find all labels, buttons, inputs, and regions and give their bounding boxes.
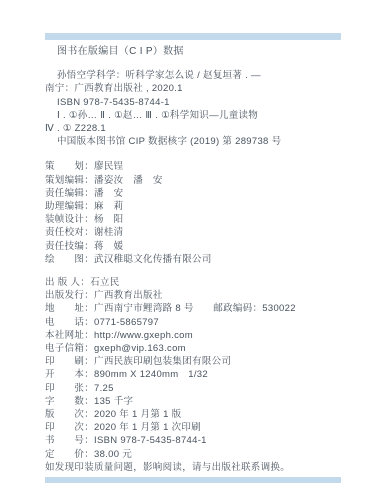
staff-label: 策 划：: [45, 160, 94, 173]
publication-value: 石立民: [90, 277, 119, 288]
publication-row: 电 话：0771-5865797: [45, 316, 355, 329]
cip-title: 图书在版编目（C I P）数据: [45, 45, 355, 58]
publication-label: 电 话：: [45, 316, 94, 329]
publication-row: 地 址：广西南宁市鲤湾路 8 号 邮政编码：530022: [45, 302, 355, 315]
cip-data-block: 孙悟空学科学：听科学家怎么说 / 赵复垣著 . — 南宁：广西教育出版社 , 2…: [45, 69, 355, 148]
publication-row: 电子信箱：gxeph@vip.163.com: [45, 342, 355, 355]
publication-row: 印 张：7.25: [45, 382, 355, 395]
cip-line: 孙悟空学科学：听科学家怎么说 / 赵复垣著 . —: [45, 69, 355, 82]
staff-value: 麻 莉: [94, 201, 123, 212]
bottom-accent-bar: [45, 477, 341, 483]
staff-value: 蒋 媛: [94, 241, 123, 252]
publication-row: 出 版 人：石立民: [45, 276, 355, 289]
publication-value: 135 千字: [94, 396, 133, 407]
publication-row: 书 号：ISBN 978-7-5435-8744-1: [45, 434, 355, 447]
staff-row: 责任编辑：潘 安: [45, 187, 355, 200]
publication-info-block: 出 版 人：石立民 出版发行：广西教育出版社 地 址：广西南宁市鲤湾路 8 号 …: [45, 276, 355, 461]
publication-row: 版 次：2020 年 1 月第 1 版: [45, 408, 355, 421]
staff-label: 策划编辑：: [45, 174, 94, 187]
cip-line: 中国版本图书馆 CIP 数据核字 (2019) 第 289738 号: [45, 135, 355, 148]
publication-value: 2020 年 1 月第 1 次印刷: [94, 422, 201, 433]
publication-label: 书 号：: [45, 434, 94, 447]
quality-notice: 如发现印装质量问题，影响阅读，请与出版社联系调换。: [45, 461, 355, 474]
copyright-content: 图书在版编目（C I P）数据 孙悟空学科学：听科学家怎么说 / 赵复垣著 . …: [45, 45, 355, 474]
staff-row: 绘 图：武汉稚聪文化传播有限公司: [45, 253, 355, 266]
publication-value: 890mm X 1240mm 1/32: [94, 369, 208, 380]
staff-value: 杨 阳: [94, 214, 123, 225]
publication-row: 定 价：38.00 元: [45, 448, 355, 461]
top-accent-bar: [45, 33, 341, 40]
publication-label: 字 数：: [45, 395, 94, 408]
publication-row: 本社网址：http://www.gxeph.com: [45, 329, 355, 342]
publication-label: 印 刷：: [45, 355, 94, 368]
staff-value: 廖民锃: [94, 161, 123, 172]
staff-label: 装帧设计：: [45, 213, 94, 226]
staff-row: 责任技编：蒋 媛: [45, 240, 355, 253]
publication-label: 版 次：: [45, 408, 94, 421]
publication-value: http://www.gxeph.com: [94, 330, 193, 341]
publication-label: 出 版 人：: [45, 276, 90, 289]
publication-label: 印 次：: [45, 421, 94, 434]
staff-value: 潘姿汝 潘 安: [94, 175, 163, 186]
publication-value: 0771-5865797: [94, 317, 159, 328]
publication-row: 字 数：135 千字: [45, 395, 355, 408]
staff-row: 策 划：廖民锃: [45, 160, 355, 173]
publication-label: 地 址：: [45, 302, 94, 315]
staff-label: 责任校对：: [45, 226, 94, 239]
cip-line: 南宁：广西教育出版社 , 2020.1: [45, 82, 355, 95]
publication-value: 2020 年 1 月第 1 版: [94, 409, 181, 420]
publication-label: 本社网址：: [45, 329, 94, 342]
publication-value: 广西教育出版社: [94, 290, 163, 301]
staff-label: 责任技编：: [45, 240, 94, 253]
publication-label: 印 张：: [45, 382, 94, 395]
copyright-page: 图书在版编目（C I P）数据 孙悟空学科学：听科学家怎么说 / 赵复垣著 . …: [0, 0, 375, 499]
staff-label: 助理编辑：: [45, 200, 94, 213]
publication-label: 电子信箱：: [45, 342, 94, 355]
publication-label: 出版发行：: [45, 289, 94, 302]
publication-value: 广西民族印刷包装集团有限公司: [94, 356, 231, 367]
publication-value: gxeph@vip.163.com: [94, 343, 186, 354]
staff-value: 潘 安: [94, 188, 123, 199]
cip-line: ISBN 978-7-5435-8744-1: [45, 96, 355, 109]
publication-value: 7.25: [94, 383, 114, 394]
publication-row: 出版发行：广西教育出版社: [45, 289, 355, 302]
staff-credits-block: 策 划：廖民锃 策划编辑：潘姿汝 潘 安 责任编辑：潘 安 助理编辑：麻 莉 装…: [45, 160, 355, 266]
publication-value: 广西南宁市鲤湾路 8 号 邮政编码：530022: [94, 303, 296, 314]
publication-row: 印 刷：广西民族印刷包装集团有限公司: [45, 355, 355, 368]
publication-value: ISBN 978-7-5435-8744-1: [94, 435, 207, 446]
staff-label: 责任编辑：: [45, 187, 94, 200]
staff-row: 策划编辑：潘姿汝 潘 安: [45, 174, 355, 187]
staff-value: 谢桂清: [94, 227, 123, 238]
publication-row: 开 本：890mm X 1240mm 1/32: [45, 368, 355, 381]
publication-label: 开 本：: [45, 368, 94, 381]
publication-value: 38.00 元: [94, 449, 132, 460]
staff-label: 绘 图：: [45, 253, 94, 266]
staff-value: 武汉稚聪文化传播有限公司: [94, 254, 212, 265]
publication-label: 定 价：: [45, 448, 94, 461]
staff-row: 装帧设计：杨 阳: [45, 213, 355, 226]
cip-line: Ⅳ . ① Z228.1: [45, 122, 355, 135]
staff-row: 责任校对：谢桂清: [45, 226, 355, 239]
publication-row: 印 次：2020 年 1 月第 1 次印刷: [45, 421, 355, 434]
cip-line: Ⅰ . ①孙… Ⅱ . ①赵… Ⅲ . ①科学知识—儿童读物: [45, 109, 355, 122]
staff-row: 助理编辑：麻 莉: [45, 200, 355, 213]
